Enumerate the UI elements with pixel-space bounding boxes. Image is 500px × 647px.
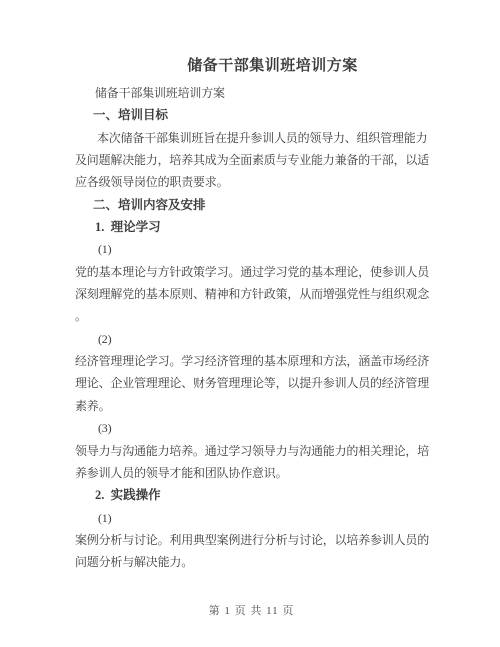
- body-text-line: 本次储备干部集训班旨在提升参训人员的领导力、组织管理能力: [75, 127, 428, 149]
- item-number: (1): [75, 507, 428, 529]
- sub-heading: 2. 实践操作: [75, 484, 428, 506]
- body-text-line: 领导力与沟通能力培养。通过学习领导力与沟通能力的相关理论，培: [75, 440, 428, 462]
- body-text-line: 及问题解决能力，培养其成为全面素质与专业能力兼备的干部，以适: [75, 149, 428, 171]
- body-text-line: 理论、企业管理理论、财务管理理论等，以提升参训人员的经济管理: [75, 372, 428, 394]
- item-number: (1): [75, 238, 428, 260]
- item-number: (2): [75, 328, 428, 350]
- page-footer: 第 1 页 共 11 页: [75, 600, 428, 622]
- document-content: 储备干部集训班培训方案 储备干部集训班培训方案一、培训目标本次储备干部集训班旨在…: [75, 50, 428, 574]
- section-heading: 一、培训目标: [75, 104, 428, 126]
- body-text-line: 素养。: [75, 395, 428, 417]
- body-text-line: 党的基本理论与方针政策学习。通过学习党的基本理论，使参训人员: [75, 261, 428, 283]
- document-page: 储备干部集训班培训方案 储备干部集训班培训方案一、培训目标本次储备干部集训班旨在…: [0, 0, 500, 647]
- body-text-line: 。: [75, 305, 428, 327]
- body-text-line: 案例分析与讨论。利用典型案例进行分析与讨论，以培养参训人员的: [75, 529, 428, 551]
- document-title: 储备干部集训班培训方案: [117, 50, 428, 82]
- body-text-line: 问题分析与解决能力。: [75, 551, 428, 573]
- document-subtitle-line: 储备干部集训班培训方案: [75, 82, 428, 104]
- document-body: 储备干部集训班培训方案一、培训目标本次储备干部集训班旨在提升参训人员的领导力、组…: [75, 82, 428, 574]
- item-number: (3): [75, 417, 428, 439]
- body-text-line: 应各级领导岗位的职责要求。: [75, 171, 428, 193]
- sub-heading: 1. 理论学习: [75, 216, 428, 238]
- body-text-line: 经济管理理论学习。学习经济管理的基本原理和方法，涵盖市场经济: [75, 350, 428, 372]
- body-text-line: 深刻理解党的基本原则、精神和方针政策，从而增强党性与组织观念: [75, 283, 428, 305]
- body-text-line: 养参训人员的领导才能和团队协作意识。: [75, 462, 428, 484]
- section-heading: 二、培训内容及安排: [75, 194, 428, 216]
